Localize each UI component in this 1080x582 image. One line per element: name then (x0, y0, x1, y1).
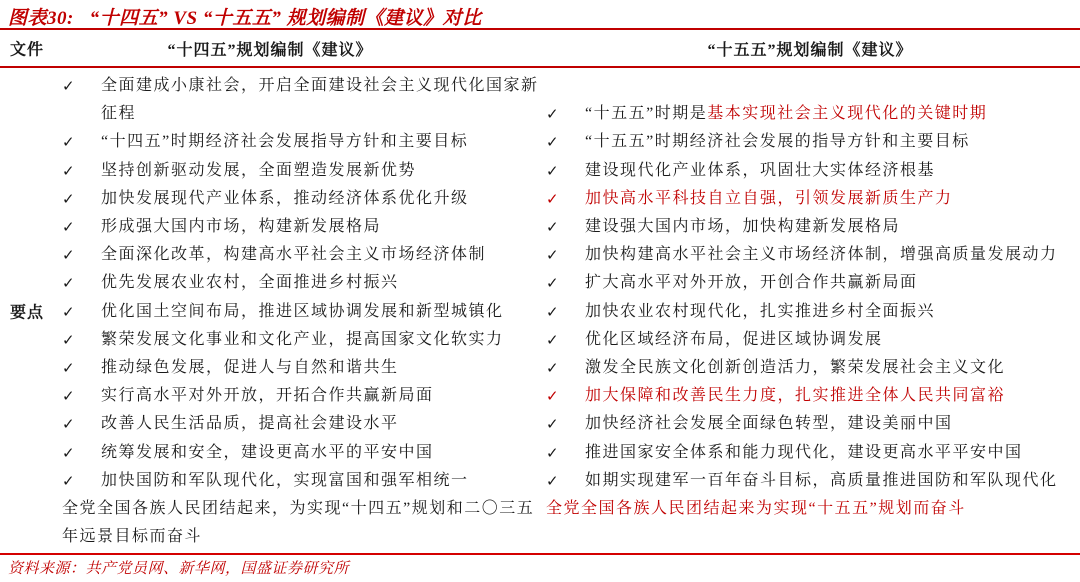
list-item: ✓ “十五五”时期是基本实现社会主义现代化的关键时期 (546, 100, 1074, 128)
checkmark-icon: ✓ (546, 157, 585, 185)
list-item: ✓ “十五五”时期经济社会发展的指导方针和主要目标 (546, 128, 1074, 156)
list-item: ✓ 推进国家安全体系和能力现代化，建设更高水平平安中国 (546, 439, 1074, 467)
checkmark-icon: ✓ (62, 241, 101, 269)
checkmark-icon: ✓ (62, 157, 101, 185)
figure-title-row: 图表30: “十四五” VS “十五五” 规划编制《建议》对比 (0, 0, 1080, 30)
checkmark-icon: ✓ (546, 354, 585, 382)
item-text: 加快高水平科技自立自强，引领发展新质生产力 (585, 185, 1074, 213)
list-item: ✓ 加快经济社会发展全面绿色转型，建设美丽中国 (546, 410, 1074, 438)
report-table-page: 图表30: “十四五” VS “十五五” 规划编制《建议》对比 文件 “十四五”… (0, 0, 1080, 582)
list-item: ✓ 激发全民族文化创新创造活力，繁荣发展社会主义文化 (546, 354, 1074, 382)
item-text: 优先发展农业农村，全面推进乡村振兴 (101, 269, 540, 297)
checkmark-icon: ✓ (62, 326, 101, 354)
list-item: ✓ 实行高水平对外开放，开拓合作共赢新局面 (62, 382, 540, 410)
item-text: 实行高水平对外开放，开拓合作共赢新局面 (101, 382, 540, 410)
checkmark-icon: ✓ (546, 100, 585, 128)
item-text: “十五五”时期经济社会发展的指导方针和主要目标 (585, 128, 1074, 156)
checkmark-icon: ✓ (546, 241, 585, 269)
item-text: 优化国土空间布局，推进区域协调发展和新型城镇化 (101, 298, 540, 326)
checkmark-icon: ✓ (62, 439, 101, 467)
checkmark-icon: ✓ (546, 269, 585, 297)
list-item: ✓ 推动绿色发展，促进人与自然和谐共生 (62, 354, 540, 382)
list-item: ✓ 加快高水平科技自立自强，引领发展新质生产力 (546, 185, 1074, 213)
checkmark-icon: ✓ (546, 213, 585, 241)
table-header-row: 文件 “十四五”规划编制《建议》 “十五五”规划编制《建议》 (0, 30, 1080, 68)
item-text: 如期实现建军一百年奋斗目标，高质量推进国防和军队现代化 (585, 467, 1074, 495)
item-text: 繁荣发展文化事业和文化产业，提高国家文化软实力 (101, 326, 540, 354)
list-item: ✓ 优先发展农业农村，全面推进乡村振兴 (62, 269, 540, 297)
column-15th-plan: ✓ “十五五”时期是基本实现社会主义现代化的关键时期 ✓ “十五五”时期经济社会… (540, 100, 1074, 553)
closing-statement: 全党全国各族人民团结起来，为实现“十四五”规划和二〇三五年远景目标而奋斗 (62, 495, 540, 551)
checkmark-icon: ✓ (62, 410, 101, 438)
checkmark-icon: ✓ (546, 326, 585, 354)
item-text: “十四五”时期经济社会发展指导方针和主要目标 (101, 128, 540, 156)
checkmark-icon: ✓ (546, 439, 585, 467)
file-column-label: 文件 (10, 37, 44, 60)
list-item: ✓ 扩大高水平对外开放，开创合作共赢新局面 (546, 269, 1074, 297)
points-row-label: 要点 (10, 299, 44, 322)
item-text: 建设强大国内市场，加快构建新发展格局 (585, 213, 1074, 241)
item-text: 优化区域经济布局，促进区域协调发展 (585, 326, 1074, 354)
list-item: ✓ 优化国土空间布局，推进区域协调发展和新型城镇化 (62, 298, 540, 326)
checkmark-icon: ✓ (62, 354, 101, 382)
item-text: 统筹发展和安全，建设更高水平的平安中国 (101, 439, 540, 467)
list-item: ✓ 繁荣发展文化事业和文化产业，提高国家文化软实力 (62, 326, 540, 354)
list-item: ✓ 统筹发展和安全，建设更高水平的平安中国 (62, 439, 540, 467)
item-text: 全面深化改革，构建高水平社会主义市场经济体制 (101, 241, 540, 269)
list-item: ✓ 如期实现建军一百年奋斗目标，高质量推进国防和军队现代化 (546, 467, 1074, 495)
item-text: 推动绿色发展，促进人与自然和谐共生 (101, 354, 540, 382)
list-item: ✓ 加大保障和改善民生力度，扎实推进全体人民共同富裕 (546, 382, 1074, 410)
item-text: 扩大高水平对外开放，开创合作共赢新局面 (585, 269, 1074, 297)
column-14th-plan: ✓ 全面建成小康社会，开启全面建设社会主义现代化国家新征程 ✓ “十四五”时期经… (62, 72, 540, 553)
figure-title: 图表30: “十四五” VS “十五五” 规划编制《建议》对比 (8, 8, 482, 29)
checkmark-icon: ✓ (546, 467, 585, 495)
list-item: ✓ 加快构建高水平社会主义市场经济体制，增强高质量发展动力 (546, 241, 1074, 269)
checkmark-icon: ✓ (62, 467, 101, 495)
checkmark-icon: ✓ (546, 298, 585, 326)
item-text: 加大保障和改善民生力度，扎实推进全体人民共同富裕 (585, 382, 1074, 410)
closing-statement: 全党全国各族人民团结起来为实现“十五五”规划而奋斗 (546, 495, 1074, 523)
checkmark-icon: ✓ (62, 269, 101, 297)
item-text: 加快国防和军队现代化，实现富国和强军相统一 (101, 467, 540, 495)
source-row: 资料来源：共产党员网、新华网，国盛证券研究所 (0, 553, 1080, 578)
item-text: 改善人民生活品质，提高社会建设水平 (101, 410, 540, 438)
checkmark-icon: ✓ (62, 128, 101, 156)
item-text: 形成强大国内市场，构建新发展格局 (101, 213, 540, 241)
list-item: ✓ 全面建成小康社会，开启全面建设社会主义现代化国家新征程 (62, 72, 540, 128)
list-item: ✓ 改善人民生活品质，提高社会建设水平 (62, 410, 540, 438)
list-item: ✓ 加快农业农村现代化，扎实推进乡村全面振兴 (546, 298, 1074, 326)
checkmark-icon: ✓ (62, 185, 101, 213)
item-text: 加快农业农村现代化，扎实推进乡村全面振兴 (585, 298, 1074, 326)
list-item: ✓ 形成强大国内市场，构建新发展格局 (62, 213, 540, 241)
checkmark-icon: ✓ (546, 382, 585, 410)
list-item: ✓ “十四五”时期经济社会发展指导方针和主要目标 (62, 128, 540, 156)
checkmark-icon: ✓ (62, 72, 101, 128)
list-item: ✓ 坚持创新驱动发展，全面塑造发展新优势 (62, 157, 540, 185)
item-text: 加快经济社会发展全面绿色转型，建设美丽中国 (585, 410, 1074, 438)
header-15th-plan: “十五五”规划编制《建议》 (540, 37, 1080, 60)
checkmark-icon: ✓ (62, 382, 101, 410)
checkmark-icon: ✓ (546, 128, 585, 156)
list-item: ✓ 全面深化改革，构建高水平社会主义市场经济体制 (62, 241, 540, 269)
item-text: 加快发展现代产业体系，推动经济体系优化升级 (101, 185, 540, 213)
item-text: “十五五”时期是基本实现社会主义现代化的关键时期 (585, 100, 1074, 128)
item-text: 建设现代化产业体系，巩固壮大实体经济根基 (585, 157, 1074, 185)
checkmark-icon: ✓ (546, 410, 585, 438)
source-note: 资料来源：共产党员网、新华网，国盛证券研究所 (8, 561, 349, 577)
item-text: 全面建成小康社会，开启全面建设社会主义现代化国家新征程 (101, 72, 540, 128)
item-text: 加快构建高水平社会主义市场经济体制，增强高质量发展动力 (585, 241, 1074, 269)
list-item: ✓ 加快发展现代产业体系，推动经济体系优化升级 (62, 185, 540, 213)
list-item: ✓ 建设强大国内市场，加快构建新发展格局 (546, 213, 1074, 241)
item-text: 激发全民族文化创新创造活力，繁荣发展社会主义文化 (585, 354, 1074, 382)
list-item: ✓ 优化区域经济布局，促进区域协调发展 (546, 326, 1074, 354)
list-item: ✓ 加快国防和军队现代化，实现富国和强军相统一 (62, 467, 540, 495)
item-text: 推进国家安全体系和能力现代化，建设更高水平平安中国 (585, 439, 1074, 467)
checkmark-icon: ✓ (62, 213, 101, 241)
item-text: 坚持创新驱动发展，全面塑造发展新优势 (101, 157, 540, 185)
header-14th-plan: “十四五”规划编制《建议》 (0, 37, 540, 60)
list-item: ✓ 建设现代化产业体系，巩固壮大实体经济根基 (546, 157, 1074, 185)
checkmark-icon: ✓ (62, 298, 101, 326)
table-body: 要点 ✓ 全面建成小康社会，开启全面建设社会主义现代化国家新征程 ✓ “十四五”… (0, 68, 1080, 553)
checkmark-icon: ✓ (546, 185, 585, 213)
